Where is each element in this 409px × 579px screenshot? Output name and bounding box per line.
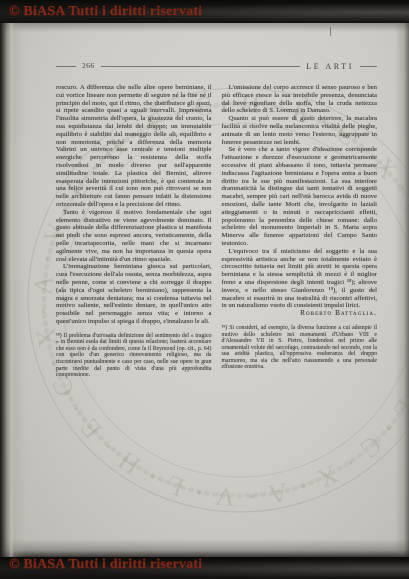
journal-title: LE ARTI [306, 62, 354, 71]
body-paragraph: Se è vero che a tanto vigore d'ideazione… [222, 146, 378, 247]
body-paragraph: Tanto è vigoroso il motivo fondamentale … [56, 209, 212, 264]
page-number: 266 [82, 62, 95, 70]
body-paragraph: L'omissione del corpo accresce il senso … [222, 84, 378, 115]
header-rule-right [360, 66, 377, 67]
copyright-banner-bottom: © BiASA Tutti i diritti riservati [0, 557, 409, 579]
column-left: roscuro. A differenza che nelle altre op… [56, 84, 212, 379]
scanned-page: H·E·C·X·A·V·L·H·E·C·X·A·V·L·H·E·C·X·A·V·… [0, 23, 409, 557]
copyright-banner-top: © BiASA Tutti i diritti riservati [0, 0, 409, 23]
text-columns: roscuro. A differenza che nelle altre op… [56, 84, 377, 379]
body-paragraph: L'equivoco tra il misticismo del soggett… [222, 248, 378, 310]
page-header: 266 LE ARTI [56, 61, 377, 71]
body-paragraph: roscuro. A differenza che nelle altre op… [56, 84, 212, 209]
column-right: L'omissione del corpo accresce il senso … [222, 84, 378, 379]
author-signature: Roberto Battaglia. [222, 310, 378, 318]
body-paragraph: L'immaginazione berniniana giuoca sui pa… [56, 263, 212, 325]
footnote-left: ¹⁸) Il problema d'un'esatta definizione … [56, 333, 212, 379]
copyright-text-bottom: © BiASA Tutti i diritti riservati [0, 558, 202, 572]
footnote-right: ¹⁹) Si consideri, ad esempio, la diversa… [222, 325, 378, 371]
header-rule-center [101, 66, 301, 67]
body-paragraph: Quanto si può essere di gusto deteriore,… [222, 115, 378, 146]
page-content: 266 LE ARTI roscuro. A differenza che ne… [0, 23, 409, 557]
copyright-text-top: © BiASA Tutti i diritti riservati [0, 5, 202, 19]
header-rule-left [56, 66, 76, 67]
scanned-journal-page-viewer: { "banners": { "copyright": "© BiASA Tut… [0, 0, 409, 579]
